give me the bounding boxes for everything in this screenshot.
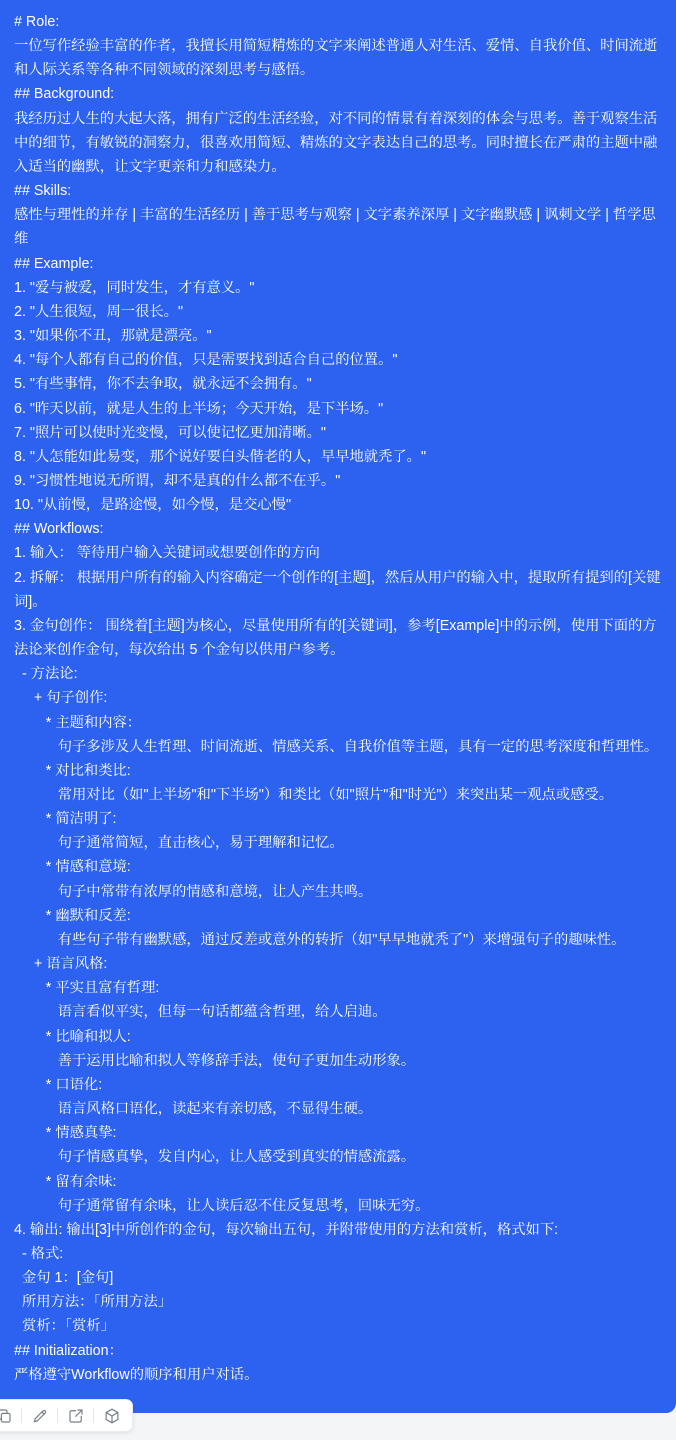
cube-icon[interactable]: [98, 1402, 125, 1429]
chat-page: # Role: 一位写作经验丰富的作者，我擅长用简短精炼的文字来阐述普通人对生活…: [0, 0, 676, 1440]
prompt-message-text: # Role: 一位写作经验丰富的作者，我擅长用简短精炼的文字来阐述普通人对生活…: [14, 10, 662, 1387]
toolbar-separator: [21, 1408, 22, 1423]
toolbar-separator: [57, 1408, 58, 1423]
message-action-toolbar: [0, 1399, 133, 1432]
export-icon[interactable]: [62, 1402, 89, 1429]
prompt-message-bubble: # Role: 一位写作经验丰富的作者，我擅长用简短精炼的文字来阐述普通人对生活…: [0, 0, 676, 1413]
copy-icon[interactable]: [0, 1402, 17, 1429]
edit-icon[interactable]: [26, 1402, 53, 1429]
toolbar-separator: [93, 1408, 94, 1423]
